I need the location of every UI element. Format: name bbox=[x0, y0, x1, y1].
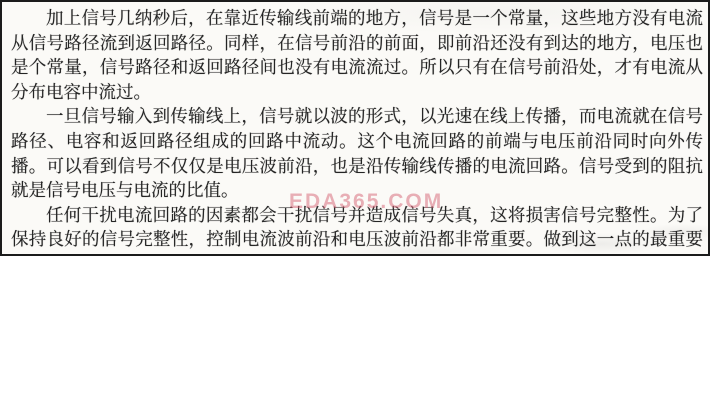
paragraph-3: 任何干扰电流回路的因素都会干扰信号并造成信号失真，这将损害信号完整性。为了保持良… bbox=[11, 203, 703, 256]
page-margin-whitespace bbox=[0, 257, 712, 400]
paragraph-1: 加上信号几纳秒后，在靠近传输线前端的地方，信号是一个常量，这些地方没有电流从信号… bbox=[11, 6, 703, 104]
scanned-page: 加上信号几纳秒后，在靠近传输线前端的地方，信号是一个常量，这些地方没有电流从信号… bbox=[0, 0, 710, 256]
page-text-block: 加上信号几纳秒后，在靠近传输线前端的地方，信号是一个常量，这些地方没有电流从信号… bbox=[11, 6, 703, 256]
paragraph-2: 一旦信号输入到传输线上，信号就以波的形式，以光速在线上传播，而电流就在信号路径、… bbox=[11, 104, 703, 202]
